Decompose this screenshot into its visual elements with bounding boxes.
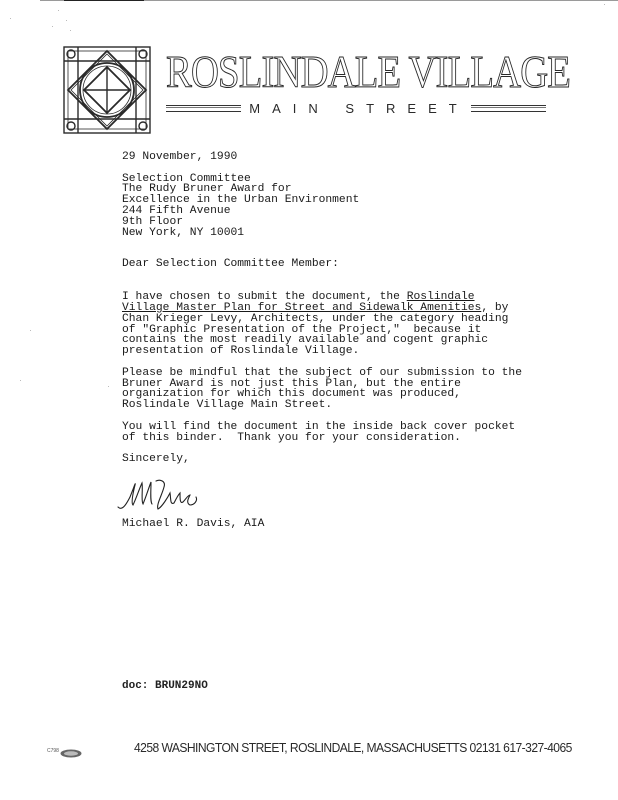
- scan-speck: [66, 20, 67, 21]
- scan-speck: [52, 26, 53, 27]
- letter-date-block: 29 November, 1990: [122, 152, 562, 163]
- paragraph-2: Please be mindful that the subject of ou…: [122, 368, 562, 411]
- closing: Sincerely,: [122, 454, 562, 465]
- recipient-address: Selection Committee The Rudy Bruner Awar…: [122, 174, 562, 239]
- salutation: Dear Selection Committee Member:: [122, 259, 562, 270]
- scan-speck: [70, 30, 71, 31]
- document-reference: doc: BRUN29NO: [122, 680, 208, 692]
- paragraph-line: Roslindale Village Main Street.: [122, 400, 562, 411]
- scan-speck: [604, 4, 605, 5]
- letterhead-subtitle-row: MAIN STREET: [166, 99, 546, 117]
- handwritten-signature-icon: [116, 477, 236, 513]
- recipient-line: New York, NY 10001: [122, 228, 562, 239]
- letterhead-title: ROSLINDALE VILLAGE: [166, 50, 570, 95]
- paragraph-line: presentation of Roslindale Village.: [122, 346, 562, 357]
- paragraph-line: Chan Krieger Levy, Architects, under the…: [122, 314, 562, 325]
- letter-body: 29 November, 1990 Selection Committee Th…: [122, 152, 562, 476]
- union-bug-icon: [60, 745, 82, 754]
- recipient-line: 244 Fifth Avenue: [122, 206, 562, 217]
- print-code: C798: [47, 748, 59, 754]
- paragraph-3: You will find the document in the inside…: [122, 422, 562, 444]
- decorative-rule-right: [471, 105, 546, 112]
- closing-block: Sincerely,: [122, 454, 562, 465]
- salutation-block: Dear Selection Committee Member:: [122, 259, 562, 270]
- letter-date: 29 November, 1990: [122, 152, 562, 163]
- scan-speck: [20, 380, 21, 381]
- scan-speck: [30, 330, 31, 331]
- footer-address: 4258 WASHINGTON STREET, ROSLINDALE, MASS…: [134, 740, 572, 755]
- scan-speck: [58, 10, 59, 11]
- decorative-rule-left: [166, 105, 241, 112]
- scan-speck: [10, 18, 11, 19]
- paragraph-line: You will find the document in the inside…: [122, 422, 562, 433]
- paragraph-line: of this binder. Thank you for your consi…: [122, 433, 562, 444]
- roslindale-logo-icon: [62, 45, 152, 135]
- scan-edge-mark: [64, 0, 144, 1]
- scan-speck: [108, 386, 109, 387]
- letterhead-subtitle: MAIN STREET: [241, 101, 470, 116]
- signer-name: Michael R. Davis, AIA: [122, 518, 264, 530]
- paragraph-1: I have chosen to submit the document, th…: [122, 292, 562, 357]
- recipient-line: 9th Floor: [122, 217, 562, 228]
- paragraph-line: Please be mindful that the subject of ou…: [122, 368, 562, 379]
